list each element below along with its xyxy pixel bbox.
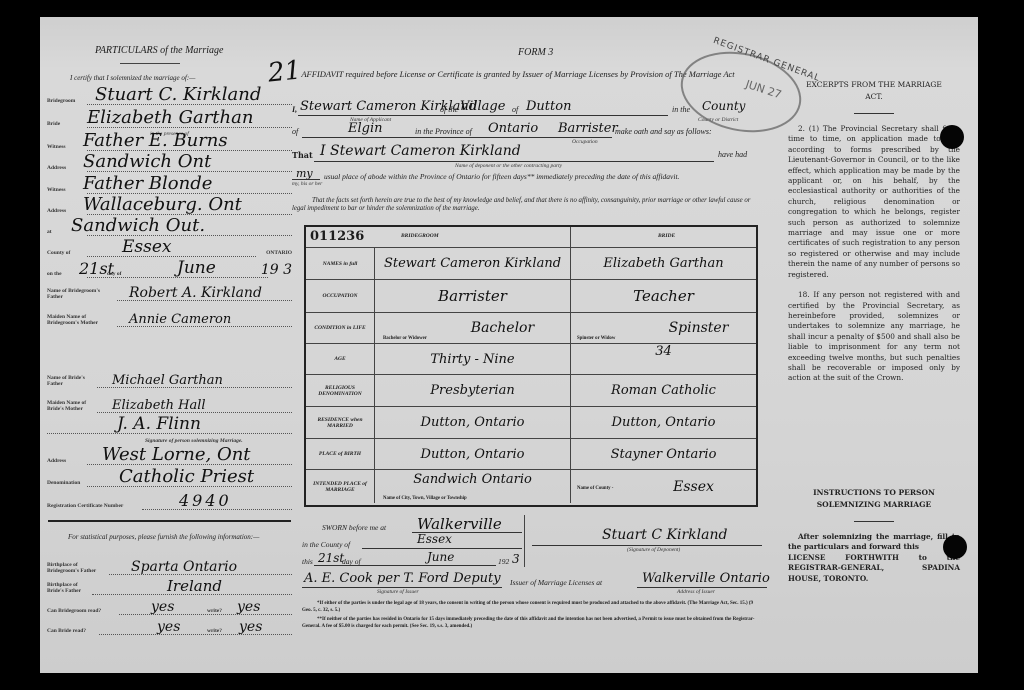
- occupation-value: Barrister: [558, 121, 618, 136]
- table-row: PLACE of BIRTH Dutton, Ontario Stayner O…: [306, 439, 756, 470]
- issuer-signature: A. E. Cook per T. Ford Deputy: [304, 571, 501, 586]
- underline: [532, 545, 762, 546]
- county-value: Elgin: [348, 121, 383, 136]
- deponent-signature: Stuart C Kirkland: [602, 527, 727, 543]
- field-label: Address: [47, 208, 66, 214]
- field-officiant-signature: J. A. Flinn: [47, 414, 292, 436]
- underline: [362, 548, 522, 549]
- marriage-license-document: PARTICULARS of the Marriage I certify th…: [40, 17, 978, 673]
- groom-cell: Sandwich Ontario Name of City, Town, Vil…: [375, 470, 571, 503]
- table-row: AGE Thirty - Nine 34: [306, 344, 756, 375]
- field-witness-2: Witness Father Blonde: [47, 174, 292, 196]
- instructions-text-1: After solemnizing the marriage, fill in …: [788, 532, 960, 553]
- bride-subcaption: Spinster or Widow: [577, 336, 615, 341]
- underline: [87, 171, 292, 172]
- of-label: of: [512, 105, 518, 114]
- row-label: INTENDED PLACE of MARRIAGE: [306, 470, 375, 503]
- field-bridegroom: Bridegroom Stuart C. Kirkland: [47, 85, 292, 107]
- field-label: Registration Certificate Number: [47, 503, 123, 509]
- issuer-address-caption: Address of Issuer: [677, 589, 715, 595]
- row-label: NAMES in full: [306, 248, 375, 279]
- table-row: CONDITION in LIFE Bachelor or Widower Ba…: [306, 313, 756, 344]
- groom-value: Dutton, Ontario: [375, 407, 571, 438]
- row-label: RESIDENCE when MARRIED: [306, 407, 375, 438]
- section-2-text: 2. (1) The Provincial Secretary shall fr…: [788, 124, 960, 280]
- province-value: Ontario: [488, 121, 538, 136]
- row-label: CONDITION in LIFE: [306, 313, 375, 343]
- field-label: Birthplace of Bride's Father: [47, 582, 92, 594]
- field-address-2: Address Wallaceburg. Ont: [47, 195, 292, 217]
- punch-hole-top: [940, 125, 964, 149]
- footnote-1: *If either of the parties is under the l…: [302, 601, 762, 614]
- field-value: Ireland: [167, 577, 222, 595]
- field-label: at: [47, 229, 52, 235]
- field-value: Sandwich Out.: [71, 215, 205, 236]
- field-label: Name of Bride's Father: [47, 375, 97, 387]
- field-value: Sparta Ontario: [131, 559, 237, 575]
- groom-value: Stewart Cameron Kirkland: [375, 248, 571, 279]
- underline: [117, 326, 292, 327]
- form-title: FORM 3: [518, 47, 553, 58]
- write-value: yes: [237, 599, 260, 615]
- in-the-label: in the: [672, 105, 690, 114]
- field-label: on the: [47, 271, 62, 277]
- underline: [314, 565, 496, 566]
- underline: [87, 256, 256, 257]
- underline: [292, 179, 320, 180]
- county-province-line: of Elgin in the Province of Ontario Barr…: [290, 121, 760, 141]
- write-value: yes: [239, 619, 262, 635]
- field-denomination: Denomination Catholic Priest: [47, 467, 292, 489]
- particulars-table: 011236 BRIDEGROOM BRIDE NAMES in full St…: [304, 225, 758, 507]
- field-label: Witness: [47, 144, 66, 150]
- table-row: INTENDED PLACE of MARRIAGE Sandwich Onta…: [306, 470, 756, 503]
- sworn-place: Walkerville: [417, 515, 502, 533]
- field-value: 4940: [179, 491, 232, 510]
- field-groom-father-birthplace: Birthplace of Bridegroom's Father Sparta…: [47, 555, 292, 577]
- underline: [99, 634, 292, 635]
- particulars-title: PARTICULARS of the Marriage: [95, 45, 223, 56]
- field-label: Witness: [47, 187, 66, 193]
- field-county: County of Essex ONTARIO: [47, 237, 292, 259]
- oath-text: make oath and say as follows:: [615, 127, 712, 136]
- year-prefix: 192: [498, 557, 509, 566]
- instructions-text-2: LICENSE FORTHWITH to the REGISTRAR-GENER…: [788, 553, 960, 584]
- month-value: June: [177, 258, 216, 278]
- row-label: AGE: [306, 344, 375, 374]
- field-groom-mother: Maiden Name of Bridegroom's Mother Annie…: [47, 307, 292, 329]
- field-bride-father-birthplace: Birthplace of Bride's Father Ireland: [47, 575, 292, 597]
- field-registration-number: Registration Certificate Number 4940: [47, 490, 292, 512]
- instructions-title: INSTRUCTIONS TO PERSON SOLEMNIZING MARRI…: [788, 487, 960, 511]
- groom-value: Bachelor: [471, 320, 534, 336]
- field-label: Can Bride read?: [47, 628, 86, 634]
- field-value: Annie Cameron: [129, 312, 231, 327]
- field-bride-mother: Maiden Name of Bride's Mother Elizabeth …: [47, 393, 292, 415]
- table-row: OCCUPATION Barrister Teacher: [306, 280, 756, 313]
- facts-statement: That the facts set forth herein are true…: [292, 197, 757, 213]
- title-divider: [120, 63, 180, 64]
- table-row: RESIDENCE when MARRIED Dutton, Ontario D…: [306, 407, 756, 439]
- sworn-section: SWORN before me at Walkerville in the Co…: [302, 515, 762, 595]
- instructions-section: INSTRUCTIONS TO PERSON SOLEMNIZING MARRI…: [788, 487, 960, 584]
- field-label: Bridegroom: [47, 98, 75, 104]
- deponent-value: I Stewart Cameron Kirkland: [320, 143, 521, 159]
- field-value: Essex: [122, 237, 172, 257]
- affidavit-heading: AFFIDAVIT required before License or Cer…: [288, 69, 748, 80]
- underline: [97, 387, 292, 388]
- bride-value: Dutton, Ontario: [571, 407, 756, 438]
- underline: [302, 137, 612, 138]
- field-witness-1: Witness Father E. Burns: [47, 131, 292, 153]
- table-row: NAMES in full Stewart Cameron Kirkland E…: [306, 248, 756, 280]
- groom-subcaption: Bachelor or Widower: [383, 336, 427, 341]
- bride-cell: Spinster or Widow Spinster: [571, 313, 756, 343]
- province-suffix: ONTARIO: [266, 250, 292, 256]
- field-value: Stuart C. Kirkland: [95, 84, 261, 105]
- field-date: on the 21st day of June 19 3: [47, 258, 292, 280]
- column-divider: [570, 227, 571, 247]
- underline: [314, 161, 714, 162]
- row-label: OCCUPATION: [306, 280, 375, 312]
- pronoun-caption: my, his or her: [292, 181, 322, 187]
- groom-value: Thirty - Nine: [375, 344, 571, 374]
- read-value: yes: [151, 599, 174, 615]
- field-label: Address: [47, 165, 66, 171]
- statistical-intro: For statistical purposes, please furnish…: [48, 532, 288, 542]
- have-had-label: have had: [718, 150, 747, 159]
- section-18-text: 18. If any person not registered with an…: [788, 290, 960, 384]
- underline: [87, 104, 292, 105]
- field-label: Name of Bridegroom's Father: [47, 288, 117, 300]
- field-at: at Sandwich Out.: [47, 216, 292, 238]
- field-label: Maiden Name of Bride's Mother: [47, 400, 97, 412]
- underline: [117, 300, 292, 301]
- this-label: this: [302, 557, 313, 566]
- field-officiant-address: Address West Lorne, Ont: [47, 445, 292, 467]
- marriage-act-excerpts: EXCERPTS FROM THE MARRIAGE ACT. 2. (1) T…: [788, 79, 960, 384]
- field-value: Robert A. Kirkland: [129, 285, 262, 301]
- bride-value: 34: [571, 344, 756, 374]
- divider: [854, 113, 894, 114]
- underline: [87, 235, 292, 236]
- underline: [97, 412, 292, 413]
- certify-text: I certify that I solemnized the marriage…: [70, 74, 195, 82]
- field-bride-literacy: Can Bride read? yes write? yes: [47, 615, 292, 637]
- groom-cell: Bachelor or Widower Bachelor: [375, 313, 571, 343]
- abode-text: usual place of abode within the Province…: [324, 172, 679, 181]
- field-value: Elizabeth Garthan: [87, 107, 253, 128]
- sworn-county: Essex: [417, 532, 452, 546]
- field-label: Bride: [47, 121, 60, 127]
- groom-subcaption: Name of City, Town, Village or Township: [383, 496, 467, 501]
- issuer-signature-caption: Signature of Issuer: [377, 589, 419, 595]
- field-value: Catholic Priest: [119, 466, 254, 487]
- underline: [298, 115, 668, 116]
- field-label: Denomination: [47, 480, 80, 486]
- of-label: of: [292, 127, 298, 136]
- groom-value: Presbyterian: [375, 375, 571, 406]
- abode-line: my usual place of abode within the Provi…: [290, 169, 760, 185]
- field-groom-literacy: Can Bridegroom read? yes write? yes: [47, 595, 292, 617]
- bride-value: Roman Catholic: [571, 375, 756, 406]
- signature-value: J. A. Flinn: [117, 414, 201, 434]
- field-bride: Bride Elizabeth Garthan: [47, 108, 292, 130]
- read-value: yes: [157, 619, 180, 635]
- field-label: Can Bridegroom read?: [47, 608, 101, 614]
- field-value: Sandwich Ont: [83, 151, 211, 172]
- bride-cell: Name of County - Essex: [571, 470, 756, 503]
- row-label: RELIGIOUS DENOMINATION: [306, 375, 375, 406]
- underline: [47, 433, 292, 434]
- deponent-line: That I Stewart Cameron Kirkland have had…: [290, 143, 760, 165]
- bride-value: Spinster: [669, 320, 729, 336]
- field-label: Maiden Name of Bridegroom's Mother: [47, 314, 117, 326]
- footnote-2: **If neither of the parties has resided …: [302, 617, 762, 630]
- bride-value: Elizabeth Garthan: [571, 248, 756, 279]
- province-label: in the Province of: [415, 127, 472, 136]
- field-value: Elizabeth Hall: [112, 398, 206, 413]
- field-bride-father: Name of Bride's Father Michael Garthan: [47, 368, 292, 390]
- bride-value: Essex: [673, 479, 714, 495]
- row-label: PLACE of BIRTH: [306, 439, 375, 469]
- county-label: in the County of: [302, 540, 350, 549]
- issuer-text: Issuer of Marriage Licenses at: [510, 578, 602, 587]
- field-value: Michael Garthan: [112, 373, 223, 388]
- field-groom-father: Name of Bridegroom's Father Robert A. Ki…: [47, 281, 292, 303]
- underline: [87, 464, 292, 465]
- field-value: Father Blonde: [83, 173, 212, 194]
- bride-header: BRIDE: [658, 233, 675, 239]
- sworn-month: June: [427, 550, 454, 564]
- field-value: Father E. Burns: [83, 130, 228, 151]
- place-type: Village: [460, 99, 505, 114]
- groom-value: Dutton, Ontario: [375, 439, 571, 469]
- bride-value: Teacher: [571, 280, 756, 312]
- deponent-signature-caption: (Signature of Deponent): [627, 547, 680, 553]
- underline: [87, 127, 292, 128]
- divider: [854, 521, 894, 522]
- field-address-1: Address Sandwich Ont: [47, 152, 292, 174]
- underline: [142, 509, 292, 510]
- bracket: [524, 515, 525, 567]
- sworn-label: SWORN before me at: [322, 523, 386, 532]
- applicant-prefix: I,: [292, 105, 297, 114]
- underline: [637, 587, 767, 588]
- underline: [87, 277, 268, 278]
- section-divider: [48, 520, 291, 522]
- that-label: That: [292, 150, 313, 160]
- sworn-day: 21st: [318, 551, 344, 565]
- bride-value: Stayner Ontario: [571, 439, 756, 469]
- serial-number: 011236: [310, 229, 364, 244]
- groom-header: BRIDEGROOM: [401, 233, 439, 239]
- groom-value: Sandwich Ontario: [413, 472, 532, 487]
- year-suffix: 3: [512, 552, 520, 566]
- underline: [87, 486, 292, 487]
- bride-subcaption: Name of County -: [577, 486, 613, 491]
- excerpts-title: EXCERPTS FROM THE MARRIAGE ACT.: [788, 79, 960, 103]
- place-value: Dutton: [526, 99, 571, 114]
- field-label: Birthplace of Bridegroom's Father: [47, 562, 109, 574]
- table-row: RELIGIOUS DENOMINATION Presbyterian Roma…: [306, 375, 756, 407]
- underline: [302, 587, 502, 588]
- field-value: West Lorne, Ont: [102, 444, 251, 465]
- field-label: County of: [47, 250, 70, 256]
- of-the-label: of the: [440, 105, 458, 114]
- field-label: Address: [47, 458, 66, 464]
- punch-hole-bottom: [943, 535, 967, 559]
- table-header-row: 011236 BRIDEGROOM BRIDE: [306, 227, 756, 248]
- year-value: 19 3: [261, 262, 292, 278]
- issuer-address: Walkerville Ontario: [642, 571, 770, 586]
- field-value: Wallaceburg. Ont: [83, 194, 242, 215]
- groom-value: Barrister: [375, 280, 571, 312]
